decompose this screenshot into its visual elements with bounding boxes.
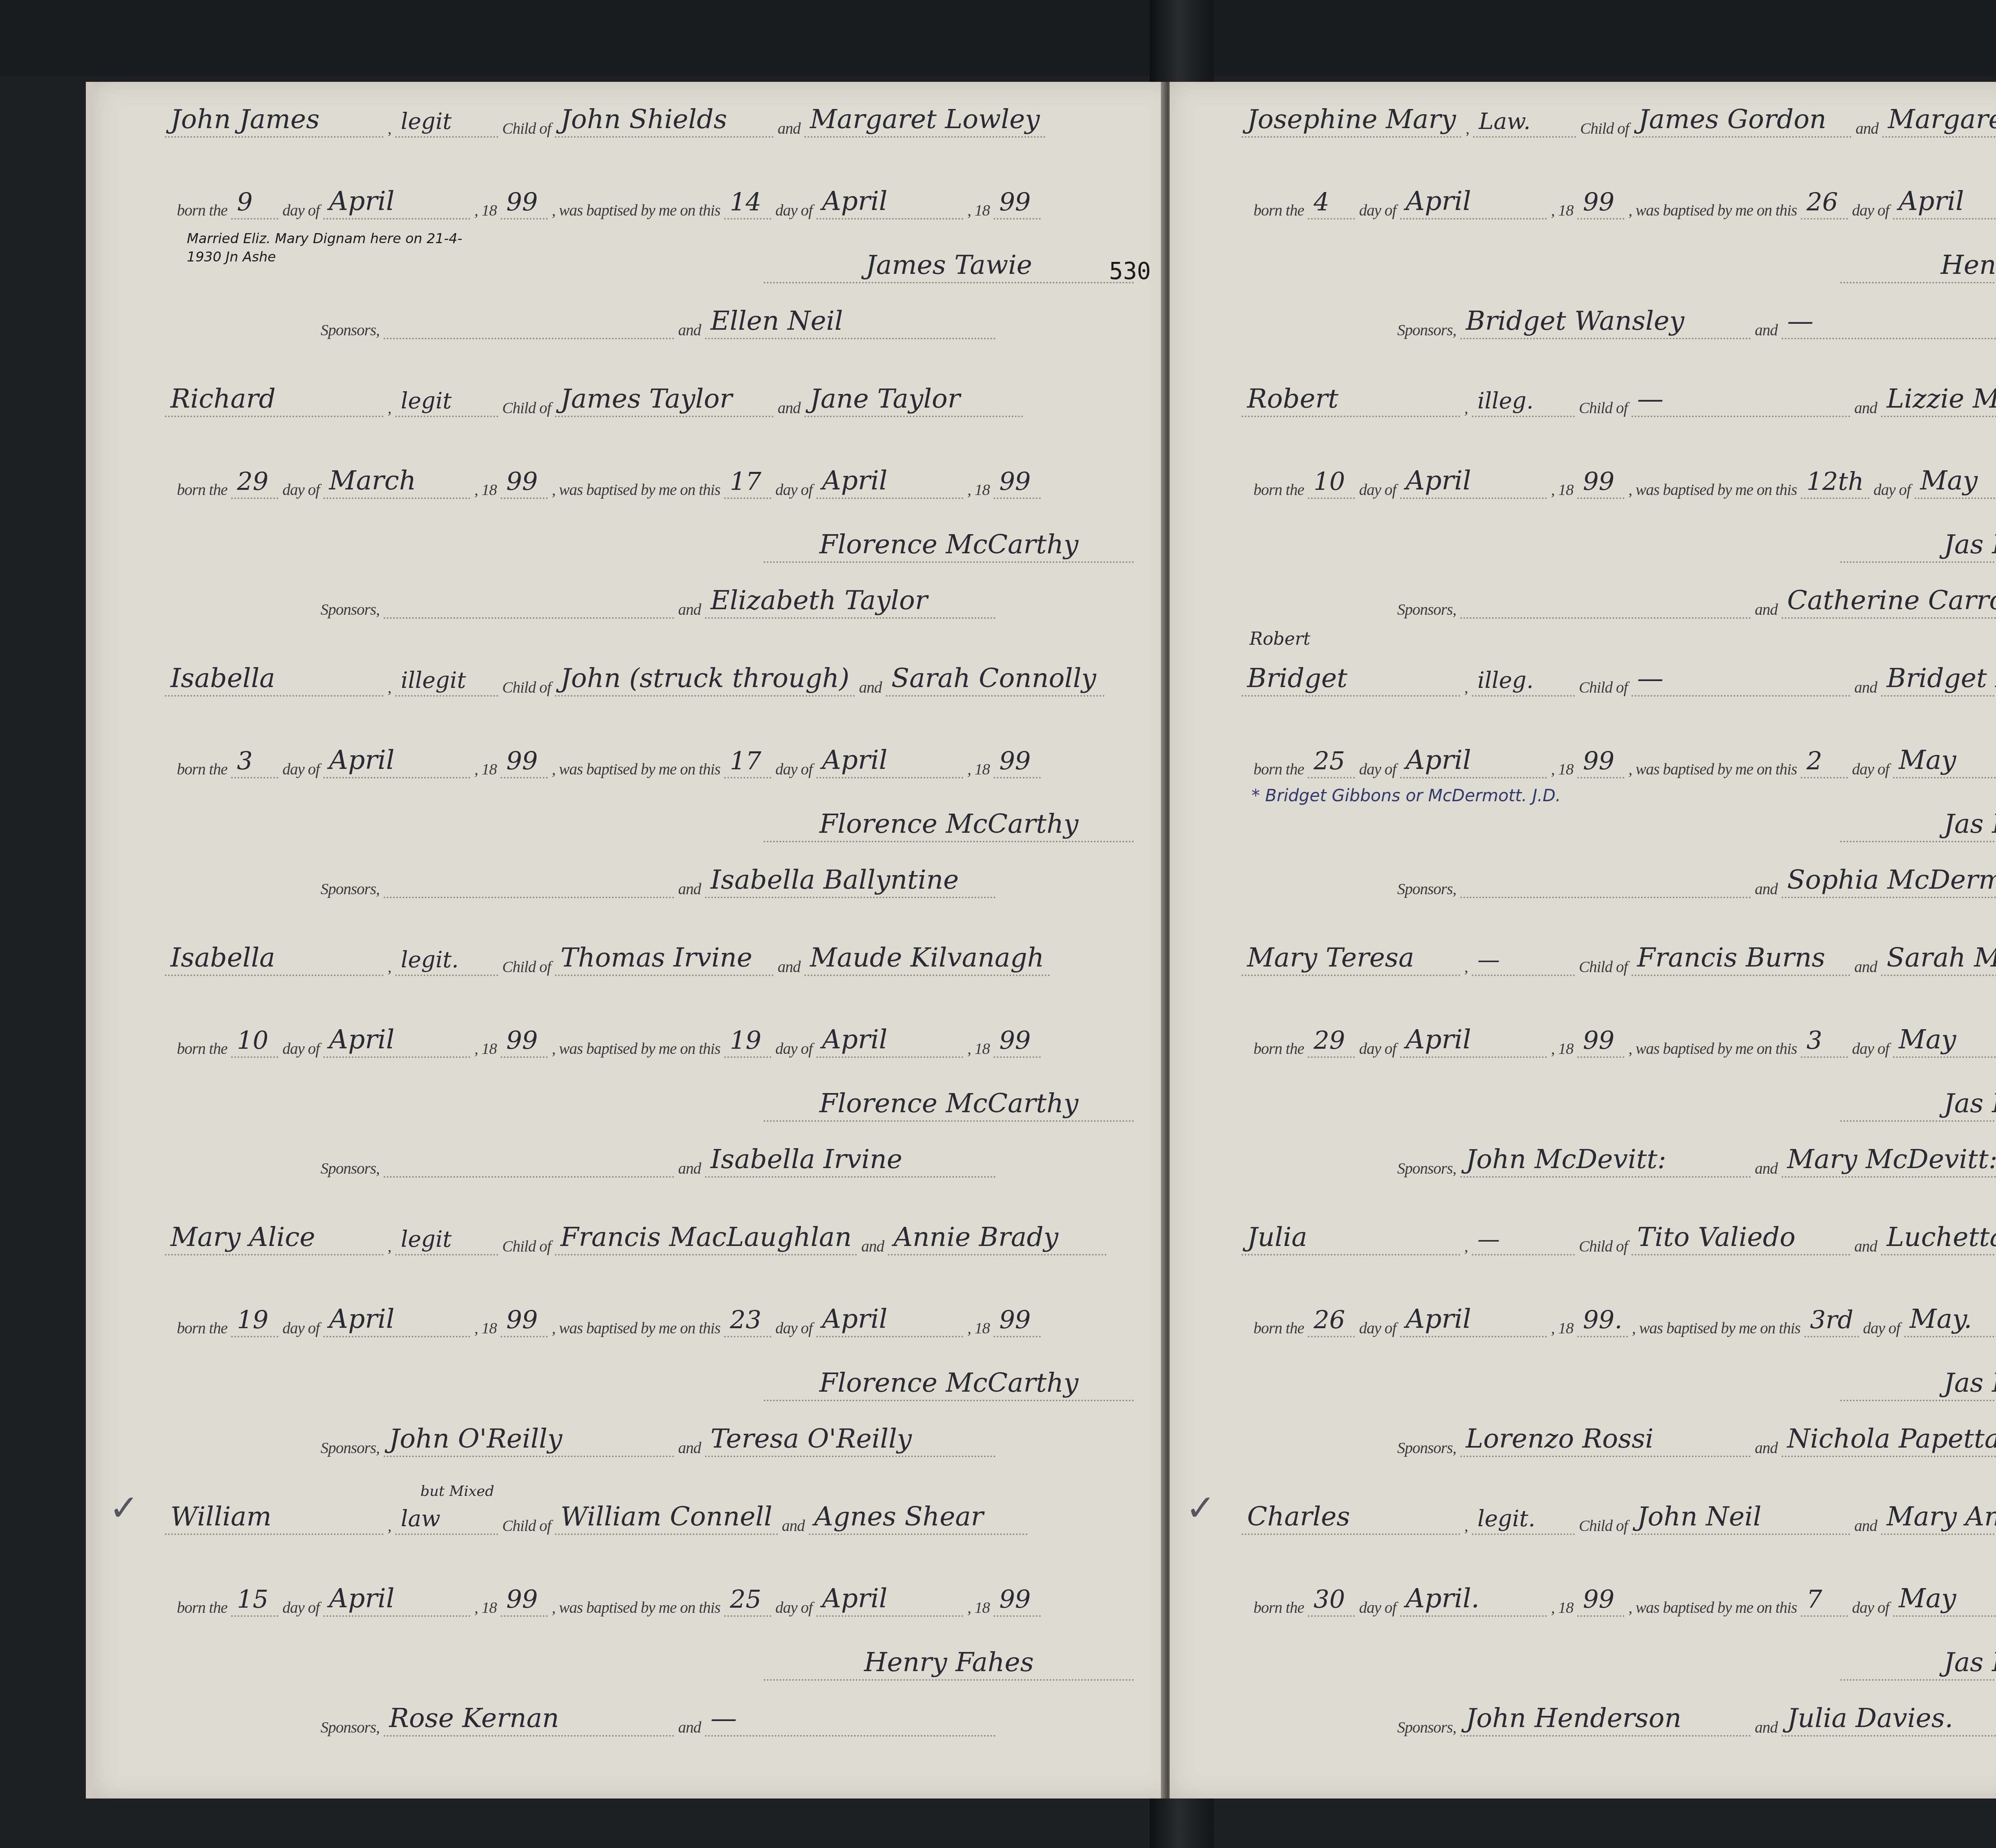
minister-signature: Henry Fahes — [1840, 250, 1996, 283]
right-page: Josephine Mary , Law. Child of James Gor… — [1170, 82, 1996, 1798]
child-name-correction: Robert — [1249, 629, 1311, 649]
sponsor-1: John O'Reilly — [384, 1423, 674, 1457]
label-and: and — [855, 678, 886, 697]
entry-line-dates: born the 3 day of April , 18 99 , was ba… — [173, 745, 1255, 778]
birth-day: 29 — [1308, 1026, 1355, 1058]
baptism-month: April — [1893, 186, 1996, 220]
label-day-of: day of — [278, 480, 323, 499]
entry-line-names: Robert , illeg. Child of — and Lizzie Mc… — [1242, 383, 1996, 417]
register-entry-2: Richard , legit Child of James Taylor an… — [93, 361, 1175, 641]
entry-line-names: Charles , legit. Child of John Neil and … — [1242, 1501, 1996, 1535]
label-and: and — [674, 1718, 705, 1737]
label-sponsors: Sponsors, — [1393, 1718, 1460, 1737]
birth-day: 29 — [231, 467, 278, 499]
child-name: William — [165, 1501, 384, 1535]
entry-line-dates: born the 25 day of April , 18 99 , was b… — [1249, 745, 1996, 778]
entry-line-dates: born the 10 day of April , 18 99 , was b… — [173, 1024, 1255, 1058]
birth-year: 99 — [1577, 467, 1624, 499]
label-sponsors: Sponsors, — [1393, 879, 1460, 898]
entry-line-sponsors: Sponsors, Lorenzo Rossi and Nichola Pape… — [1393, 1423, 1996, 1457]
label-baptised: , was baptised by me on this — [548, 1319, 724, 1337]
label-born-the: born the — [173, 1319, 231, 1337]
sponsor-1: John McDevitt: — [1460, 1144, 1751, 1178]
register-entry-5: Julia , — Child of Tito Valiedo and Luch… — [1170, 1200, 1996, 1479]
label-year-prefix: , 18 — [963, 1598, 994, 1617]
baptism-year: 99 — [994, 1305, 1041, 1337]
entry-line-minister: Jas P. Tawie. — [1840, 808, 1996, 842]
label-day-of: day of — [771, 1039, 816, 1058]
entry-line-dates: born the 29 day of March , 18 99 , was b… — [173, 465, 1255, 499]
mother-name: Luchetta Cora. — [1881, 1222, 1996, 1256]
baptism-day: 12th — [1801, 467, 1869, 499]
label-sponsors: Sponsors, — [317, 1159, 384, 1178]
label-born-the: born the — [173, 201, 231, 220]
birth-day: 30 — [1308, 1585, 1355, 1617]
birth-day: 9 — [231, 187, 278, 220]
label-year-prefix: , 18 — [963, 1039, 994, 1058]
label-child-of: Child of — [498, 398, 555, 417]
baptism-day: 17 — [724, 467, 771, 499]
baptism-year: 99 — [994, 467, 1041, 499]
label-sponsors: Sponsors, — [1393, 1159, 1460, 1178]
label-year-prefix: , 18 — [470, 201, 501, 220]
label-child-of: Child of — [1575, 678, 1632, 697]
sponsor-2: Isabella Ballyntine — [705, 864, 996, 898]
label-sponsors: Sponsors, — [1393, 600, 1460, 619]
child-name: Richard — [165, 383, 384, 417]
legitimacy-status: Law. — [1473, 109, 1576, 138]
label-sponsors: Sponsors, — [317, 600, 384, 619]
checkmark-icon: ✓ — [109, 1487, 139, 1529]
baptism-month: May — [1893, 1583, 1996, 1617]
minister-signature: Jas P. Towie. — [1840, 1647, 1996, 1681]
label-born-the: born the — [173, 1598, 231, 1617]
birth-day: 4 — [1308, 187, 1355, 220]
baptism-day: 25 — [724, 1585, 771, 1617]
baptism-month: April — [816, 465, 963, 499]
label-comma: , — [1460, 957, 1472, 976]
minister-signature: Jas P. Towie. — [1840, 1088, 1996, 1122]
label-sponsors: Sponsors, — [317, 1718, 384, 1737]
label-baptised: , was baptised by me on this — [548, 480, 724, 499]
entry-line-names: Josephine Mary , Law. Child of James Gor… — [1242, 104, 1996, 138]
baptism-day: 23 — [724, 1305, 771, 1337]
father-name: John Shields — [555, 104, 774, 138]
label-year-prefix: , 18 — [1547, 480, 1577, 499]
register-entry-3: Isabella , illegit Child of John (struck… — [93, 641, 1175, 920]
sponsor-2: Isabella Irvine — [705, 1144, 996, 1178]
child-name: Isabella — [165, 942, 384, 976]
entry-line-dates: born the 26 day of April , 18 99. , was … — [1249, 1303, 1996, 1337]
label-born-the: born the — [1249, 201, 1308, 220]
birth-month: April — [323, 745, 470, 778]
label-child-of: Child of — [498, 1237, 555, 1256]
baptism-month: May. — [1904, 1303, 1996, 1337]
birth-month: April — [323, 1024, 470, 1058]
label-year-prefix: , 18 — [1547, 1039, 1577, 1058]
sponsor-1: Rose Kernan — [384, 1703, 674, 1737]
label-baptised: , was baptised by me on this — [1628, 1319, 1804, 1337]
baptism-day: 14 — [724, 187, 771, 220]
label-comma: , — [1460, 1516, 1472, 1535]
label-baptised: , was baptised by me on this — [548, 201, 724, 220]
mother-name: Agnes Shear — [809, 1501, 1028, 1535]
label-baptised: , was baptised by me on this — [1624, 760, 1801, 778]
label-baptised: , was baptised by me on this — [1624, 480, 1801, 499]
label-comma: , — [384, 678, 395, 697]
label-year-prefix: , 18 — [963, 480, 994, 499]
label-and: and — [778, 1516, 809, 1535]
child-name: Isabella — [165, 663, 384, 697]
sponsor-1: Lorenzo Rossi — [1460, 1423, 1751, 1457]
label-child-of: Child of — [498, 1516, 555, 1535]
entry-line-dates: born the 9 day of April , 18 99 , was ba… — [173, 186, 1255, 220]
birth-month: March — [323, 465, 470, 499]
baptism-month: May — [1893, 745, 1996, 778]
mother-name: Sarah Connolly — [886, 663, 1105, 697]
entry-line-sponsors: Sponsors, John McDevitt: and Mary McDevi… — [1393, 1144, 1996, 1178]
birth-year: 99 — [501, 187, 548, 220]
birth-month: April — [1400, 1024, 1547, 1058]
birth-year: 99. — [1577, 1305, 1628, 1337]
mother-name: Maude Kilvanagh — [804, 942, 1050, 976]
child-name: Bridget — [1242, 663, 1460, 697]
register-entry-3: Robert Bridget , illeg. Child of — and B… — [1170, 641, 1996, 920]
label-day-of: day of — [1859, 1319, 1904, 1337]
child-name: Mary Teresa — [1242, 942, 1460, 976]
label-year-prefix: , 18 — [470, 760, 501, 778]
mother-name: Margaret Lowley — [804, 104, 1046, 138]
entry-line-minister: Jas P. Towie. — [1840, 1088, 1996, 1122]
birth-month: April — [1400, 186, 1547, 220]
label-baptised: , was baptised by me on this — [1624, 1039, 1801, 1058]
baptism-year: 99 — [994, 1585, 1041, 1617]
label-year-prefix: , 18 — [963, 201, 994, 220]
label-child-of: Child of — [498, 678, 555, 697]
label-comma: , — [384, 957, 395, 976]
father-name: Francis MacLaughlan — [555, 1222, 857, 1256]
minister-signature: Florence McCarthy — [764, 529, 1134, 563]
label-day-of: day of — [1869, 480, 1915, 499]
father-name: John (struck through) — [555, 663, 855, 697]
child-name: Robert — [1242, 383, 1460, 417]
label-and: and — [1850, 398, 1881, 417]
mother-name: Jane Taylor — [804, 383, 1023, 417]
minister-signature: Florence McCarthy — [764, 1088, 1134, 1122]
label-and: and — [1850, 678, 1881, 697]
book-cover-top — [0, 0, 1996, 76]
entry-line-names: Julia , — Child of Tito Valiedo and Luch… — [1242, 1222, 1996, 1256]
minister-signature: Florence McCarthy — [764, 808, 1134, 842]
label-comma: , — [384, 119, 395, 138]
label-and: and — [1850, 1237, 1881, 1256]
mother-name: Annie Brady — [888, 1222, 1107, 1256]
baptism-day: 3 — [1801, 1026, 1848, 1058]
label-comma: , — [384, 1516, 395, 1535]
sponsor-2: Teresa O'Reilly — [705, 1423, 996, 1457]
birth-month: April — [323, 1583, 470, 1617]
label-and: and — [1751, 1159, 1782, 1178]
entry-line-sponsors: Sponsors, and Catherine Carrol. — [1393, 585, 1996, 619]
birth-year: 99 — [1577, 1585, 1624, 1617]
entry-line-names: Mary Teresa , — Child of Francis Burns a… — [1242, 942, 1996, 976]
sponsor-1: Bridget Wansley — [1460, 305, 1751, 339]
checkmark-icon: ✓ — [1186, 1487, 1216, 1529]
register-entry-6: ✓ but Mixed William , law Child of Willi… — [93, 1479, 1175, 1759]
baptism-year: 99 — [994, 1026, 1041, 1058]
status-note: but Mixed — [420, 1483, 494, 1499]
baptism-day: 26 — [1801, 187, 1848, 220]
father-name: — — [1632, 383, 1850, 417]
birth-year: 99 — [1577, 187, 1624, 220]
baptism-day: 3rd — [1804, 1305, 1859, 1337]
label-day-of: day of — [771, 201, 816, 220]
label-baptised: , was baptised by me on this — [548, 1039, 724, 1058]
father-name: John Neil — [1632, 1501, 1850, 1535]
label-comma: , — [384, 1237, 395, 1256]
baptism-month: May — [1915, 465, 1996, 499]
sponsor-2: — — [705, 1703, 996, 1737]
register-spread: John James , legit Child of John Shields… — [0, 0, 1996, 1848]
label-child-of: Child of — [1576, 119, 1633, 138]
label-born-the: born the — [173, 760, 231, 778]
label-year-prefix: , 18 — [470, 1319, 501, 1337]
label-comma: , — [384, 398, 395, 417]
baptism-day: 7 — [1801, 1585, 1848, 1617]
child-name: John James — [165, 104, 384, 138]
label-day-of: day of — [278, 201, 323, 220]
baptism-month: April — [816, 1024, 963, 1058]
label-and: and — [1751, 879, 1782, 898]
sponsor-2: Ellen Neil — [705, 305, 996, 339]
label-and: and — [774, 119, 804, 138]
baptism-month: April — [816, 1303, 963, 1337]
legitimacy-status: legit. — [1472, 1506, 1575, 1535]
left-page: John James , legit Child of John Shields… — [86, 82, 1175, 1798]
birth-day: 10 — [231, 1026, 278, 1058]
father-name: Francis Burns — [1632, 942, 1850, 976]
label-day-of: day of — [771, 480, 816, 499]
birth-year: 99 — [1577, 746, 1624, 778]
label-child-of: Child of — [1575, 1516, 1632, 1535]
birth-month: April — [1400, 465, 1547, 499]
baptism-day: 2 — [1801, 746, 1848, 778]
mother-name: Sarah McDevitt: — [1881, 942, 1996, 976]
child-name: Mary Alice — [165, 1222, 384, 1256]
label-child-of: Child of — [1575, 398, 1632, 417]
label-day-of: day of — [278, 760, 323, 778]
entry-line-names: Isabella , legit. Child of Thomas Irvine… — [165, 942, 1247, 976]
label-baptised: , was baptised by me on this — [1624, 201, 1801, 220]
entry-line-names: John James , legit Child of John Shields… — [165, 104, 1247, 138]
sponsor-1: John Henderson — [1460, 1703, 1751, 1737]
minister-signature: Jas P. Tawie. — [1840, 808, 1996, 842]
label-day-of: day of — [771, 1598, 816, 1617]
legitimacy-status: law — [395, 1506, 498, 1535]
label-sponsors: Sponsors, — [317, 879, 384, 898]
entry-line-minister: Jas P. Towie. — [1840, 1647, 1996, 1681]
birth-day: 19 — [231, 1305, 278, 1337]
legitimacy-status: legit — [395, 388, 498, 417]
label-born-the: born the — [173, 480, 231, 499]
baptism-day: 17 — [724, 746, 771, 778]
label-child-of: Child of — [498, 957, 555, 976]
sponsor-2: Elizabeth Taylor — [705, 585, 996, 619]
label-and: and — [1850, 957, 1881, 976]
birth-year: 99 — [1577, 1026, 1624, 1058]
label-sponsors: Sponsors, — [1393, 1438, 1460, 1457]
label-and: and — [857, 1237, 888, 1256]
register-entry-4: Isabella , legit. Child of Thomas Irvine… — [93, 920, 1175, 1200]
label-born-the: born the — [1249, 480, 1308, 499]
sponsor-2: Sophia McDermott. — [1782, 864, 1996, 898]
legitimacy-status: legit — [395, 1226, 498, 1256]
label-baptised: , was baptised by me on this — [548, 760, 724, 778]
label-comma: , — [1460, 1237, 1472, 1256]
entry-line-sponsors: Sponsors, and Sophia McDermott. — [1393, 864, 1996, 898]
legitimacy-status: — — [1472, 947, 1575, 976]
baptism-month: April — [816, 186, 963, 220]
label-day-of: day of — [1355, 1039, 1400, 1058]
label-and: and — [674, 1159, 705, 1178]
mother-name: Bridget McGill. — [1881, 663, 1996, 697]
minister-signature: Jas P. Tawie. — [1840, 529, 1996, 563]
sponsor-1 — [384, 895, 674, 898]
label-year-prefix: , 18 — [963, 1319, 994, 1337]
label-and: and — [1851, 119, 1882, 138]
entry-line-minister: Henry Fahes — [1840, 250, 1996, 283]
label-day-of: day of — [1355, 480, 1400, 499]
birth-year: 99 — [501, 467, 548, 499]
entry-line-names: Richard , legit Child of James Taylor an… — [165, 383, 1247, 417]
label-born-the: born the — [1249, 1319, 1308, 1337]
father-name: William Connell — [555, 1501, 778, 1535]
legitimacy-status: illegit — [395, 667, 498, 697]
margin-note: * Bridget Gibbons or McDermott. J.D. — [1251, 786, 1691, 805]
label-day-of: day of — [1355, 760, 1400, 778]
label-born-the: born the — [173, 1039, 231, 1058]
legitimacy-status: legit — [395, 109, 498, 138]
register-entry-1: John James , legit Child of John Shields… — [93, 82, 1175, 361]
label-baptised: , was baptised by me on this — [1624, 1598, 1801, 1617]
label-born-the: born the — [1249, 760, 1308, 778]
label-day-of: day of — [1355, 201, 1400, 220]
minister-signature: James Tawie — [764, 250, 1134, 283]
entry-line-dates: born the 29 day of April , 18 99 , was b… — [1249, 1024, 1996, 1058]
birth-month: April. — [1400, 1583, 1547, 1617]
entry-line-minister: Jas P. Tawie. — [1840, 529, 1996, 563]
margin-note: Married Eliz. Mary Dignam here on 21-4-1… — [187, 230, 474, 266]
label-and: and — [674, 879, 705, 898]
sponsor-1 — [384, 1175, 674, 1178]
label-and: and — [674, 1438, 705, 1457]
minister-signature: Henry Fahes — [764, 1647, 1134, 1681]
label-baptised: , was baptised by me on this — [548, 1598, 724, 1617]
sponsor-2: — — [1782, 305, 1996, 339]
legitimacy-status: legit. — [395, 947, 498, 976]
label-day-of: day of — [1848, 1598, 1893, 1617]
child-name: Charles — [1242, 1501, 1460, 1535]
legitimacy-status: — — [1472, 1226, 1575, 1256]
label-comma: , — [1461, 119, 1473, 138]
mother-name: Margaret McGinty — [1882, 104, 1996, 138]
birth-month: April — [1400, 745, 1547, 778]
entry-line-minister: Jas P. Towie. — [1840, 1367, 1996, 1401]
sponsor-1 — [384, 616, 674, 619]
label-born-the: born the — [1249, 1598, 1308, 1617]
label-sponsors: Sponsors, — [1393, 321, 1460, 339]
register-entry-2: Robert , illeg. Child of — and Lizzie Mc… — [1170, 361, 1996, 641]
father-name: — — [1632, 663, 1850, 697]
sponsor-2: Mary McDevitt: — [1782, 1144, 1996, 1178]
label-child-of: Child of — [498, 119, 555, 138]
label-sponsors: Sponsors, — [317, 1438, 384, 1457]
entry-line-names: Mary Alice , legit Child of Francis MacL… — [165, 1222, 1247, 1256]
label-day-of: day of — [1355, 1598, 1400, 1617]
sponsor-2: Nichola Papetta. — [1782, 1423, 1996, 1457]
label-child-of: Child of — [1575, 1237, 1632, 1256]
sponsor-2: Julia Davies. — [1782, 1703, 1996, 1737]
baptism-month: April — [816, 745, 963, 778]
label-comma: , — [1460, 398, 1472, 417]
entry-line-names: Bridget , illeg. Child of — and Bridget … — [1242, 663, 1996, 697]
label-day-of: day of — [1848, 1039, 1893, 1058]
label-year-prefix: , 18 — [470, 1039, 501, 1058]
entry-line-dates: born the 30 day of April. , 18 99 , was … — [1249, 1583, 1996, 1617]
entry-line-names: Isabella , illegit Child of John (struck… — [165, 663, 1247, 697]
label-and: and — [674, 600, 705, 619]
label-and: and — [774, 398, 804, 417]
birth-month: April — [323, 186, 470, 220]
label-day-of: day of — [1355, 1319, 1400, 1337]
father-name: Thomas Irvine — [555, 942, 774, 976]
birth-day: 15 — [231, 1585, 278, 1617]
label-year-prefix: , 18 — [1547, 760, 1577, 778]
entry-line-dates: born the 10 day of April , 18 99 , was b… — [1249, 465, 1996, 499]
label-year-prefix: , 18 — [1547, 1319, 1577, 1337]
baptism-month: April — [816, 1583, 963, 1617]
entry-line-dates: born the 4 day of April , 18 99 , was ba… — [1249, 186, 1996, 220]
label-day-of: day of — [278, 1039, 323, 1058]
label-and: and — [774, 957, 804, 976]
entry-line-dates: born the 15 day of April , 18 99 , was b… — [173, 1583, 1255, 1617]
birth-year: 99 — [501, 746, 548, 778]
label-and: and — [1751, 600, 1782, 619]
mother-name: Lizzie McTaggart — [1881, 383, 1996, 417]
label-year-prefix: , 18 — [963, 760, 994, 778]
birth-month: April — [323, 1303, 470, 1337]
label-day-of: day of — [278, 1598, 323, 1617]
label-day-of: day of — [1848, 201, 1893, 220]
birth-month: April — [1400, 1303, 1547, 1337]
entry-line-sponsors: Sponsors, John Henderson and Julia Davie… — [1393, 1703, 1996, 1737]
label-and: and — [1850, 1516, 1881, 1535]
birth-year: 99 — [501, 1026, 548, 1058]
child-name: Julia — [1242, 1222, 1460, 1256]
label-day-of: day of — [771, 1319, 816, 1337]
mother-name: Mary Ann Christie — [1881, 1501, 1996, 1535]
child-name: Josephine Mary — [1242, 104, 1461, 138]
entry-line-dates: born the 19 day of April , 18 99 , was b… — [173, 1303, 1255, 1337]
label-year-prefix: , 18 — [1547, 201, 1577, 220]
register-entry-5: Mary Alice , legit Child of Francis MacL… — [93, 1200, 1175, 1479]
legitimacy-status: illeg. — [1472, 667, 1575, 697]
baptism-day: 19 — [724, 1026, 771, 1058]
father-name: James Gordon — [1633, 104, 1851, 138]
label-year-prefix: , 18 — [470, 480, 501, 499]
label-year-prefix: , 18 — [1547, 1598, 1577, 1617]
entry-line-names: William , law Child of William Connell a… — [165, 1501, 1247, 1535]
